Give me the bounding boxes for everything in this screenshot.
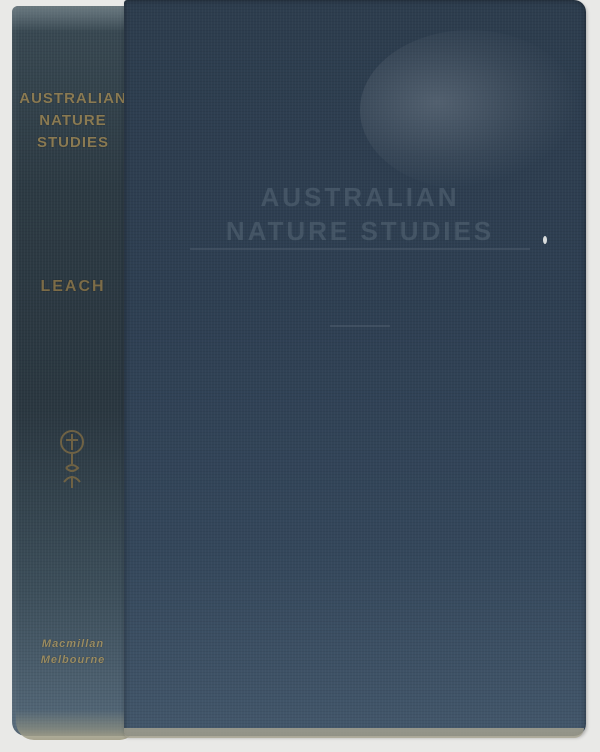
cover-title-line: NATURE STUDIES [190,214,530,248]
cover-rule [330,325,390,327]
publisher-line: Melbourne [12,652,134,668]
publisher-emblem-icon [56,428,88,492]
spine-wear [16,710,134,740]
page-block-edge [124,728,584,738]
spine-title-line: AUSTRALIAN [12,88,134,110]
spine-title-line: NATURE [12,110,134,132]
spine-publisher: Macmillan Melbourne [12,636,134,668]
publisher-line: Macmillan [12,636,134,652]
book-spine: AUSTRALIAN NATURE STUDIES LEACH Macmilla… [12,6,134,736]
spine-wear [12,6,134,32]
cover-blind-title: AUSTRALIAN NATURE STUDIES [190,180,530,250]
spine-author: LEACH [12,278,134,296]
cover-title-line: AUSTRALIAN [190,180,530,214]
spine-title: AUSTRALIAN NATURE STUDIES [12,88,134,154]
spine-title-line: STUDIES [12,132,134,154]
cover-speck [543,236,547,244]
cloth-stain [360,30,580,190]
